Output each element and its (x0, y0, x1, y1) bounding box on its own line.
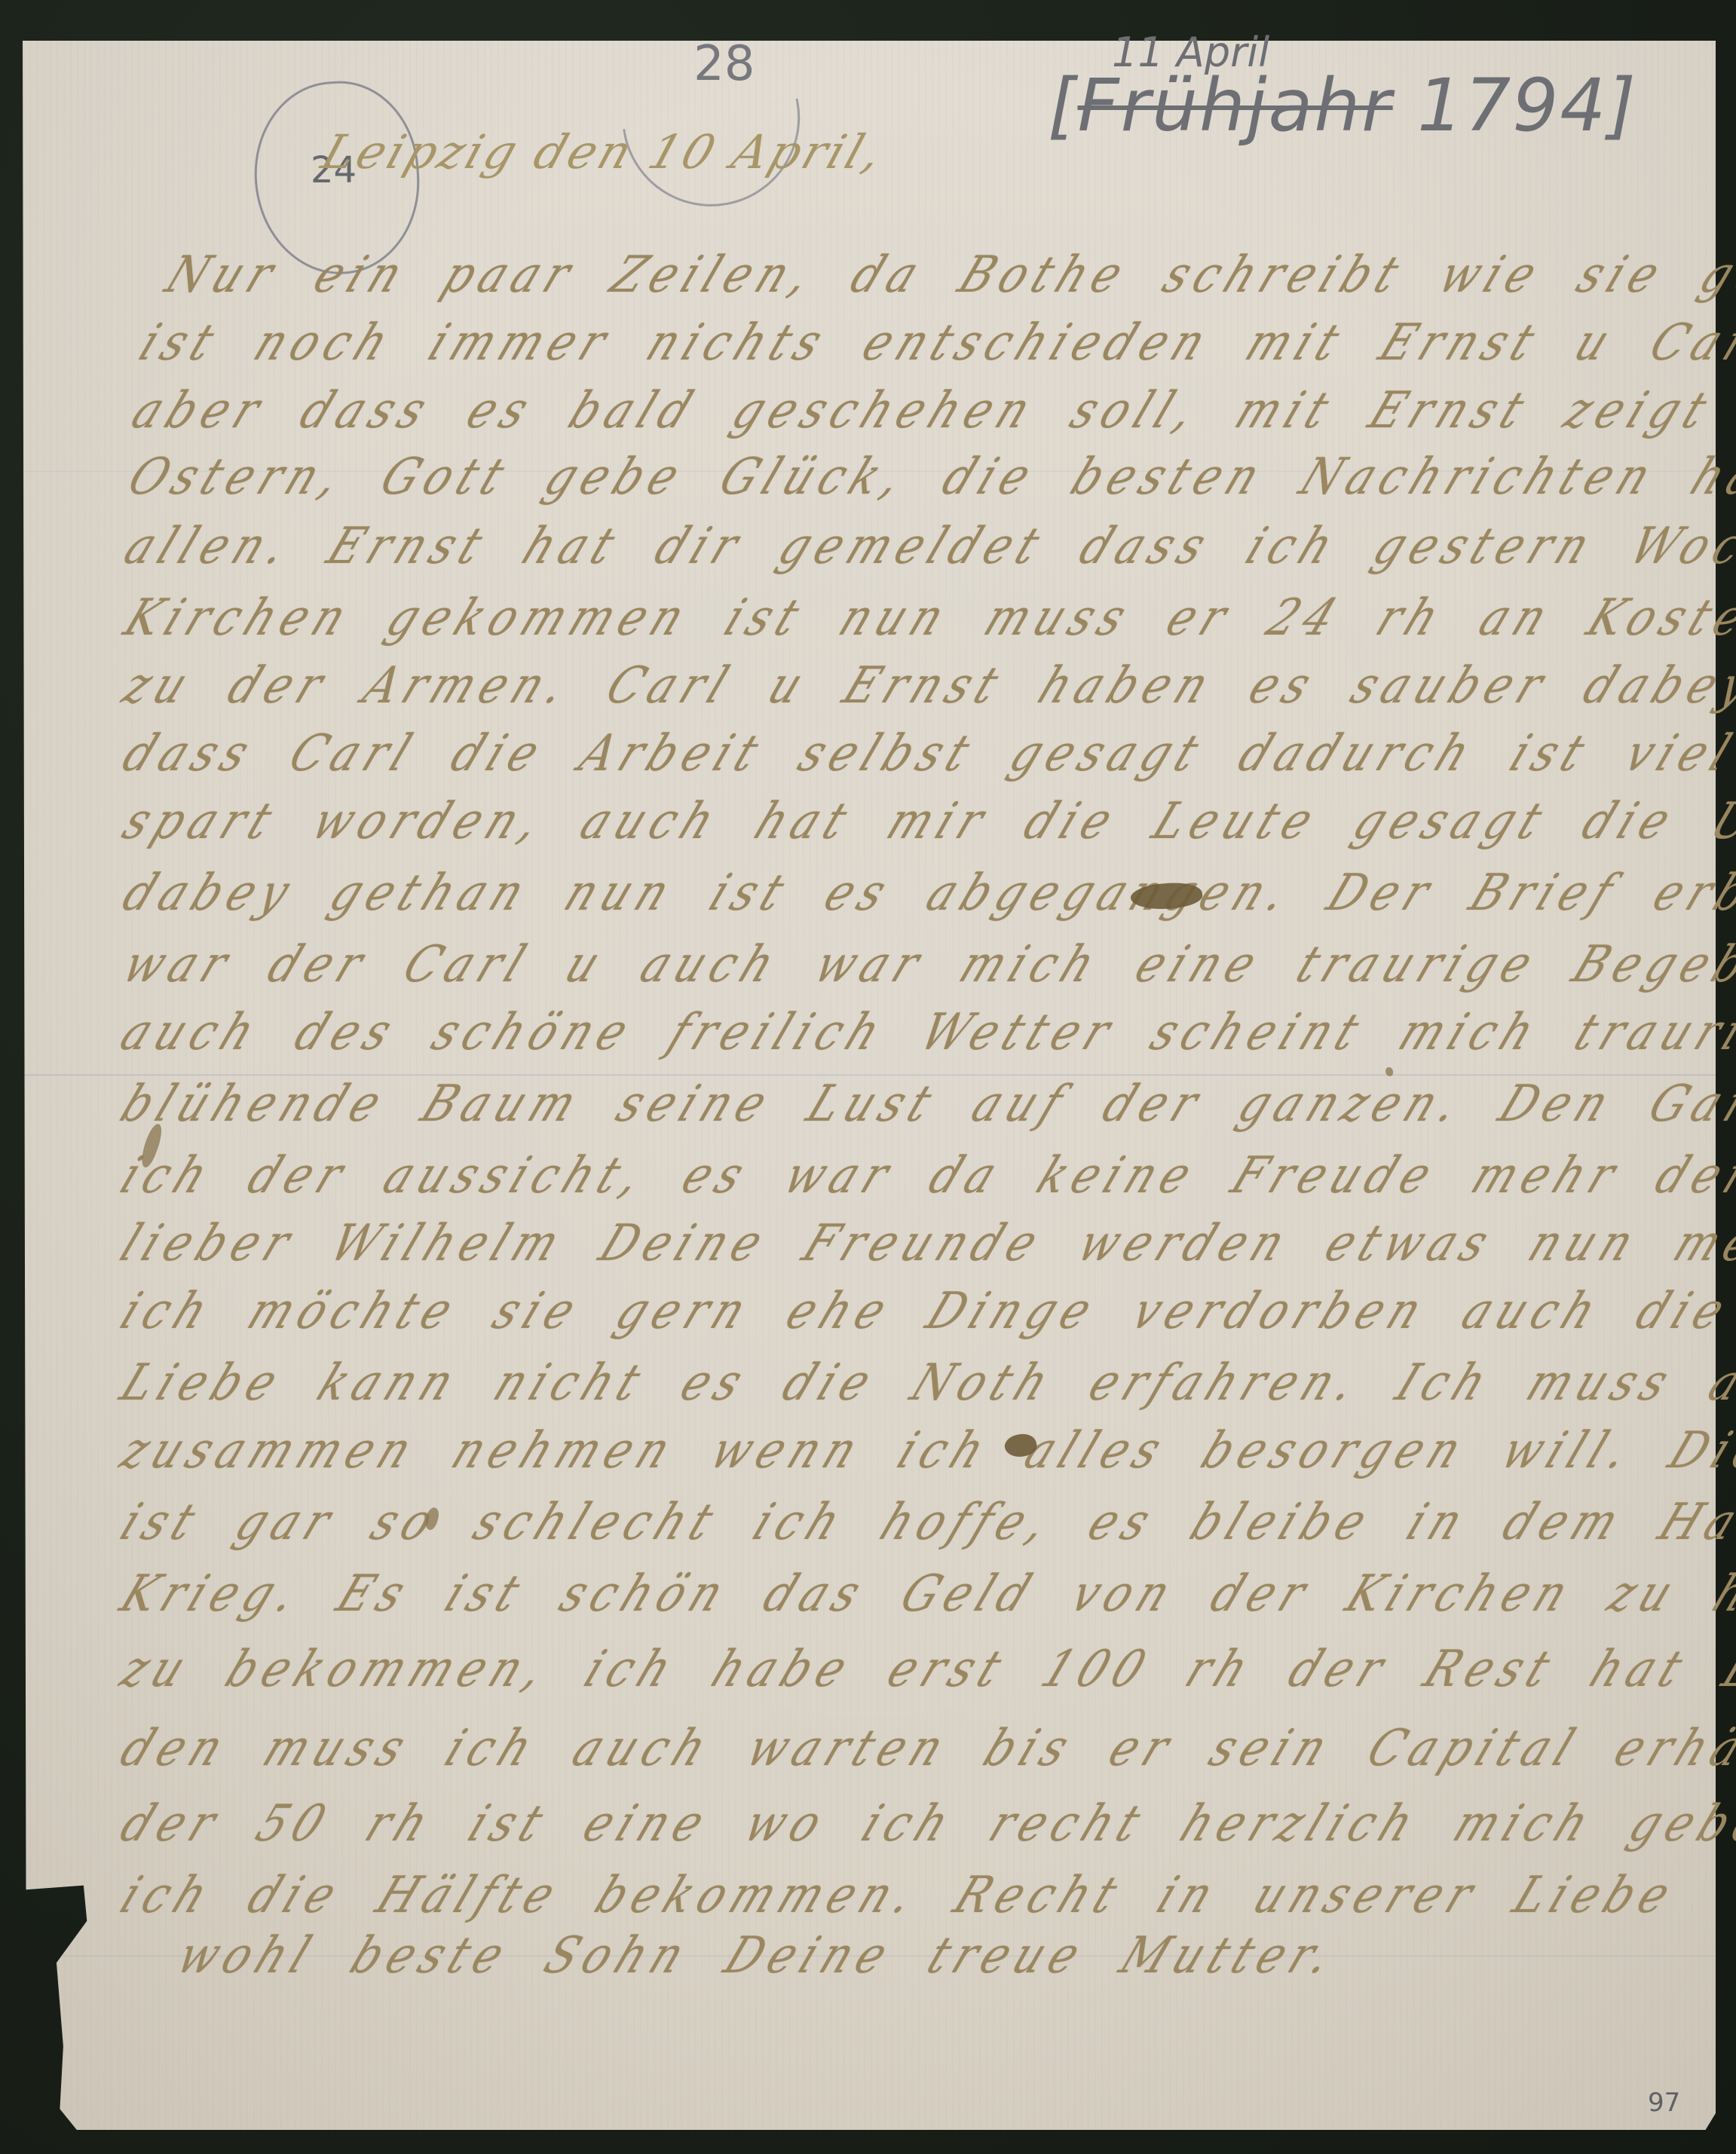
letter-line-25-signature: wohl beste Sohn Deine treue Mutter. (169, 1926, 1347, 1984)
letter-line-12: auch des schöne freilich Wetter scheint … (112, 1002, 1736, 1061)
pencil-year: 1794 (1417, 63, 1607, 148)
letter-line-16: ich möchte sie gern ehe Dinge verdorben … (112, 1281, 1736, 1340)
letter-line-4: Ostern, Gott gebe Glück, die besten Nach… (120, 447, 1736, 506)
letter-line-13: blühende Baum seine Lust auf der ganzen.… (112, 1074, 1736, 1133)
letter-line-19: ist gar so schlecht ich hoffe, es bleibe… (112, 1492, 1736, 1551)
letter-line-22: den muss ich auch warten bis er sein Cap… (112, 1718, 1736, 1777)
letter-line-23: der 50 rh ist eine wo ich recht herzlich… (112, 1794, 1736, 1853)
letter-line-17: Liebe kann nicht es die Noth erfahren. I… (112, 1353, 1736, 1412)
letter-line-21: zu bekommen, ich habe erst 100 rh der Re… (112, 1639, 1736, 1698)
pencil-date-bracket: [Frühjahr 1794] (1048, 63, 1637, 148)
letter-line-8: dass Carl die Arbeit selbst gesagt dadur… (115, 724, 1736, 782)
folio-number: 97 (1648, 2088, 1680, 2118)
bracket-open: [ (1048, 63, 1077, 148)
letter-line-9: spart worden, auch hat mir die Leute ges… (115, 791, 1736, 850)
struck-word: Frühjahr (1077, 63, 1392, 148)
letter-line-5: allen. Ernst hat dir gemeldet dass ich g… (116, 516, 1736, 575)
letter-line-7: zu der Armen. Carl u Ernst haben es saub… (115, 656, 1736, 714)
letter-line-18: zusammen nehmen wenn ich alles besorgen … (112, 1421, 1736, 1479)
letter-line-10: dabey gethan nun ist es abgegangen. Der … (115, 863, 1736, 922)
bracket-close: ] (1607, 63, 1636, 148)
letter-line-11: war der Carl u auch war mich eine trauri… (115, 935, 1736, 993)
letter-line-6: Kirchen gekommen ist nun muss er 24 rh a… (116, 588, 1736, 647)
letter-line-15: lieber Wilhelm Deine Freunde werden etwa… (112, 1213, 1736, 1272)
letter-line-20: Krieg. Es ist schön das Geld von der Kir… (112, 1564, 1736, 1623)
letter-line-2: ist noch immer nichts entschieden mit Er… (131, 313, 1736, 372)
letter-line-14: ich der aussicht, es war da keine Freude… (112, 1146, 1736, 1204)
letter-line-3: aber dass es bald geschehen soll, mit Er… (124, 381, 1736, 439)
letter-line-24: ich die Hälfte bekommen. Recht in unsere… (112, 1865, 1685, 1924)
page-number-pencil: 28 (693, 36, 755, 92)
letter-place-date: Leipzig den 10 April, (315, 124, 892, 179)
letter-line-1: Nur ein paar Zeilen, da Bothe schreibt w… (158, 245, 1736, 304)
ink-dot (1385, 1067, 1393, 1076)
